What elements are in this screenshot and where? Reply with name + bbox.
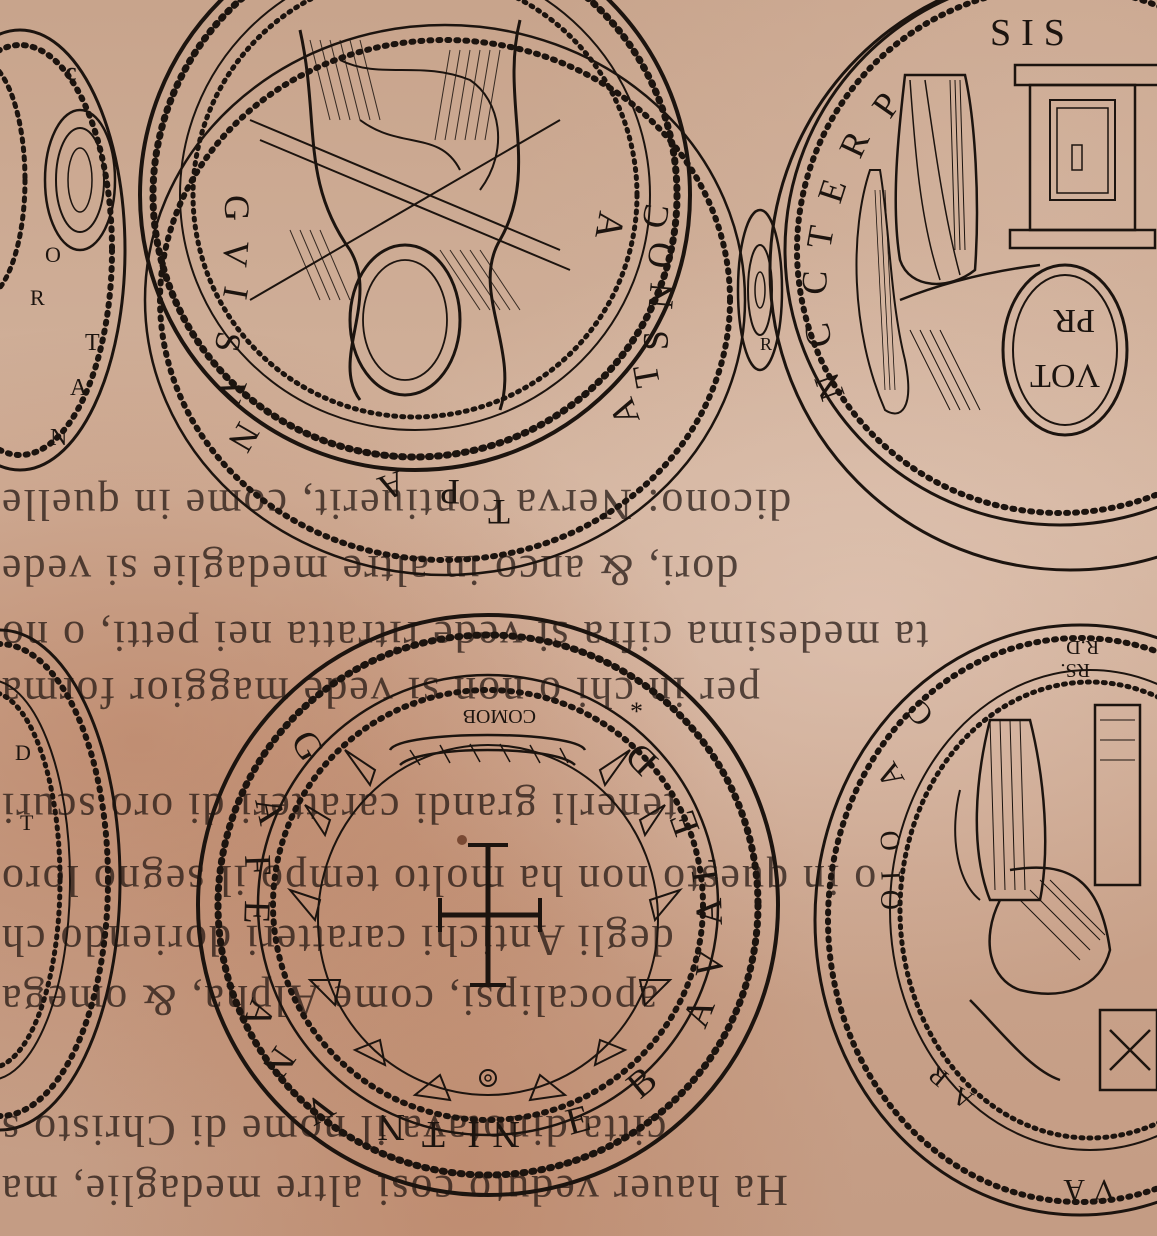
svg-text:D: D	[15, 740, 31, 765]
svg-text:E: E	[661, 805, 708, 841]
svg-text:c: c	[65, 57, 77, 86]
svg-text:VOT: VOT	[1030, 357, 1100, 394]
svg-text:B: B	[619, 1058, 665, 1106]
svg-text:A: A	[601, 393, 647, 431]
svg-text:N: N	[640, 281, 682, 310]
svg-text:N: N	[254, 1039, 304, 1086]
coin-top-center-portrait: A C O N S T A G V I S V N A P T	[140, 0, 745, 575]
svg-text:G: G	[217, 195, 257, 221]
svg-text:A: A	[947, 1080, 978, 1115]
svg-text:C: C	[633, 201, 677, 232]
svg-text:O: O	[874, 829, 907, 852]
coin-bottom-center-cross: COMOB D E L A V A B E N I T N V N A E F …	[198, 615, 778, 1195]
svg-text:V: V	[215, 239, 257, 268]
svg-text:I: I	[876, 870, 907, 880]
svg-text:P: P	[440, 472, 460, 512]
svg-text:E: E	[561, 1097, 594, 1144]
svg-text:A: A	[1063, 1173, 1085, 1206]
svg-text:R: R	[831, 125, 877, 164]
svg-text:V: V	[209, 372, 255, 410]
coin-illustrations: c R O T A N A C O N S	[0, 0, 1157, 1236]
svg-text:O: O	[45, 242, 61, 267]
svg-text:R: R	[760, 334, 772, 354]
svg-text:RS.: RS.	[1061, 659, 1090, 681]
svg-text:COMOB: COMOB	[463, 705, 536, 727]
svg-text:C: C	[794, 270, 835, 295]
svg-text:T: T	[422, 1113, 445, 1155]
svg-text:T: T	[85, 330, 100, 356]
svg-text:A: A	[688, 897, 731, 926]
svg-text:A: A	[586, 208, 632, 243]
svg-text:I: I	[467, 1113, 480, 1155]
svg-text:T: T	[798, 223, 841, 252]
svg-text:C: C	[796, 320, 840, 351]
svg-text:V: V	[688, 947, 734, 982]
svg-text:T: T	[20, 810, 34, 835]
svg-text:T: T	[488, 492, 510, 532]
svg-text:*: *	[630, 697, 643, 726]
svg-text:S: S	[635, 330, 676, 351]
svg-text:A: A	[235, 994, 284, 1035]
svg-text:R: R	[30, 285, 45, 310]
svg-text:V: V	[1093, 1173, 1115, 1206]
svg-text:PR: PR	[1053, 302, 1095, 339]
coin-bottom-left-partial: D T	[0, 630, 120, 1130]
svg-text:O: O	[876, 890, 907, 910]
svg-text:F: F	[236, 854, 279, 877]
svg-text:R.D: R.D	[1066, 636, 1099, 658]
svg-text:O: O	[638, 239, 682, 272]
coin-bottom-right-seated-figure: RS. R.D C A O I O R A A V	[815, 625, 1157, 1215]
coin-top-left-partial: c R O T A N	[0, 30, 125, 470]
coin-top-right-standing-figure: PR VOT SIS P R E T C C N R	[760, 0, 1157, 570]
svg-text:A: A	[70, 375, 88, 401]
svg-text:SIS: SIS	[990, 12, 1075, 54]
svg-text:L: L	[682, 856, 727, 885]
svg-text:N: N	[378, 1106, 405, 1148]
svg-text:A: A	[868, 756, 911, 794]
svg-text:N: N	[50, 425, 67, 451]
svg-text:E: E	[810, 174, 855, 207]
svg-text:E: E	[235, 900, 278, 925]
svg-text:N: N	[493, 1113, 520, 1155]
